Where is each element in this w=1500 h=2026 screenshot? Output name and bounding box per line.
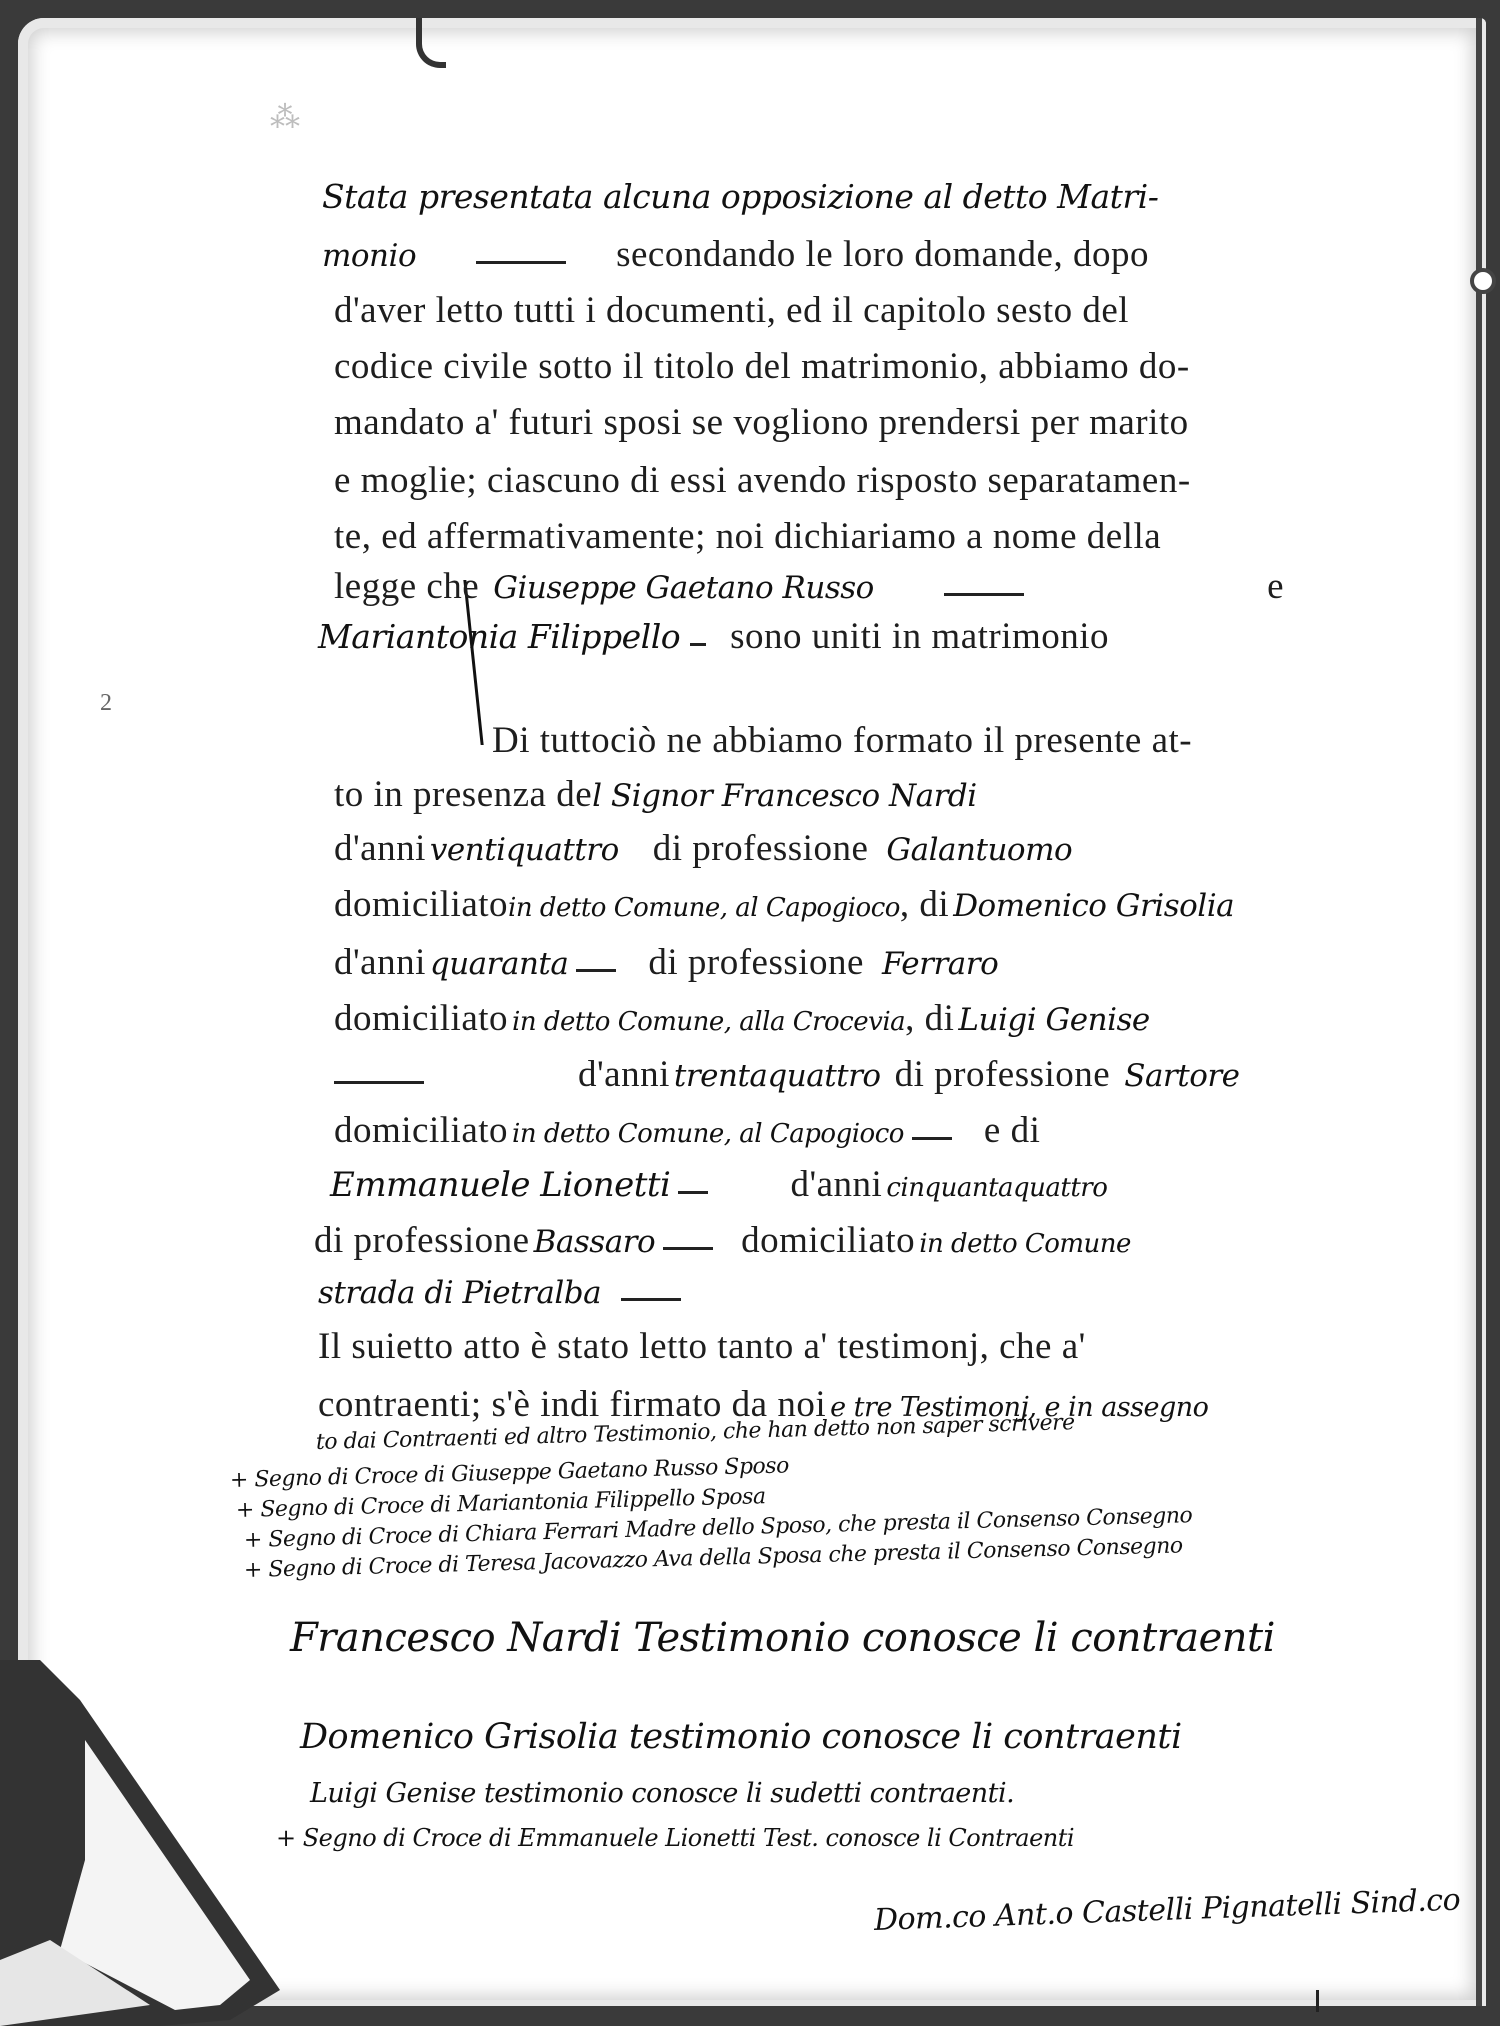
body-line-14: d'anni quaranta di professione Ferraro xyxy=(334,944,998,981)
margin-mark: 2 xyxy=(100,690,112,717)
body-line-3: d'aver letto tutti i documenti, ed il ca… xyxy=(334,292,1129,329)
binding-knot xyxy=(1470,268,1496,294)
witness-signature-lionetti: + Segno di Croce di Emmanuele Lionetti T… xyxy=(276,1826,1074,1850)
printed-text: di professione xyxy=(314,1220,530,1261)
witness-1-name: l Signor Francesco Nardi xyxy=(592,778,977,814)
body-line-18: Emmanuele Lionetti d'anni cinquantaquatt… xyxy=(330,1166,1107,1203)
body-line-2: moniosecondando le loro domande, dopo xyxy=(322,236,1149,273)
witness-1-profession: Galantuomo xyxy=(886,832,1072,868)
witness-2-name: Domenico Grisolia xyxy=(953,888,1234,924)
printed-text: d'anni xyxy=(334,942,426,983)
printed-text: di professione xyxy=(895,1054,1111,1095)
printed-text: , di xyxy=(905,998,954,1039)
witness-signature-genise: Luigi Genise testimonio conosce li sudet… xyxy=(310,1780,1014,1807)
body-line-10: Di tuttociò ne abbiamo formato il presen… xyxy=(492,722,1192,759)
witness-signature-grisolia: Domenico Grisolia testimonio conosce li … xyxy=(300,1720,1182,1755)
body-line-4: codice civile sotto il titolo del matrim… xyxy=(334,348,1190,385)
printed-text: domiciliato xyxy=(334,998,508,1039)
folded-corner xyxy=(0,1660,300,2026)
witness-signature-nardi: Francesco Nardi Testimonio conosce li co… xyxy=(290,1618,1275,1658)
body-line-6: e moglie; ciascuno di essi avendo rispos… xyxy=(334,462,1191,499)
body-line-21: Il suietto atto è stato letto tanto a' t… xyxy=(318,1328,1086,1365)
witness-2-profession: Ferraro xyxy=(882,946,998,982)
body-line-9: Mariantonia Filippellosono uniti in matr… xyxy=(318,618,1109,655)
printed-text: d'anni xyxy=(790,1164,882,1205)
printed-text: domiciliato xyxy=(741,1220,915,1261)
witness-3-age: trentaquattro xyxy=(674,1058,881,1094)
groom-name: Giuseppe Gaetano Russo xyxy=(493,570,874,606)
witness-4-profession: Bassaro xyxy=(534,1224,656,1260)
printed-text: , di xyxy=(900,884,949,925)
body-line-16: d'anni trentaquattro di professione Sart… xyxy=(334,1056,1240,1093)
witness-4-age: cinquantaquattro xyxy=(886,1173,1107,1203)
handwritten-text: monio xyxy=(322,238,416,274)
printed-text: domiciliato xyxy=(334,1110,508,1151)
printed-text: di professione xyxy=(648,942,864,983)
body-line-8: legge che Giuseppe Gaetano Russoe xyxy=(334,568,1284,605)
printed-text: di professione xyxy=(653,828,869,869)
bride-name: Mariantonia Filippello xyxy=(318,617,680,656)
printed-text: d'anni xyxy=(578,1054,670,1095)
binding-line xyxy=(1476,18,1482,2010)
body-line-19: di professione Bassaro domiciliato in de… xyxy=(314,1222,1131,1259)
body-line-20: strada di Pietralba xyxy=(318,1278,689,1309)
printed-text: secondando le loro domande, dopo xyxy=(616,234,1149,275)
body-line-1: Stata presentata alcuna opposizione al d… xyxy=(322,180,1158,213)
signature-tick xyxy=(1316,1990,1319,2012)
witness-4-name: Emmanuele Lionetti xyxy=(330,1165,670,1205)
ink-smudge: ⁂ xyxy=(270,100,380,180)
witness-4-domicile: in detto Comune xyxy=(919,1229,1131,1259)
witness-3-name: Luigi Genise xyxy=(958,1002,1149,1038)
printed-text: domiciliato xyxy=(334,884,508,925)
body-line-13: domiciliatoin detto Comune, al Capogioco… xyxy=(334,886,1234,923)
printed-text: e xyxy=(1267,568,1284,605)
printed-text: sono uniti in matrimonio xyxy=(730,616,1109,657)
witness-2-age: quaranta xyxy=(430,946,569,982)
handwritten-text: Stata presentata alcuna opposizione al d… xyxy=(322,177,1158,216)
body-line-12: d'anni ventiquattro di professione Galan… xyxy=(334,830,1072,867)
body-line-17: domiciliato in detto Comune, al Capogioc… xyxy=(334,1112,1040,1149)
body-line-5: mandato a' futuri sposi se vogliono pren… xyxy=(334,404,1189,441)
printed-text: to in presenza de xyxy=(334,774,592,815)
witness-3-domicile: in detto Comune, al Capogioco xyxy=(512,1119,904,1149)
body-line-7: te, ed affermativamente; noi dichiariamo… xyxy=(334,518,1161,555)
witness-1-domicile: in detto Comune, al Capogioco xyxy=(508,893,900,923)
witness-3-profession: Sartore xyxy=(1124,1058,1239,1094)
witness-2-domicile: in detto Comune, alla Crocevia xyxy=(512,1007,905,1037)
printed-text: e di xyxy=(984,1110,1040,1151)
witness-1-age: ventiquattro xyxy=(430,832,619,868)
printed-text: d'anni xyxy=(334,828,426,869)
witness-4-street: strada di Pietralba xyxy=(318,1275,601,1311)
body-line-11: to in presenza del Signor Francesco Nard… xyxy=(334,776,977,813)
body-line-15: domiciliato in detto Comune, alla Crocev… xyxy=(334,1000,1150,1037)
printed-text: legge che xyxy=(334,566,479,607)
